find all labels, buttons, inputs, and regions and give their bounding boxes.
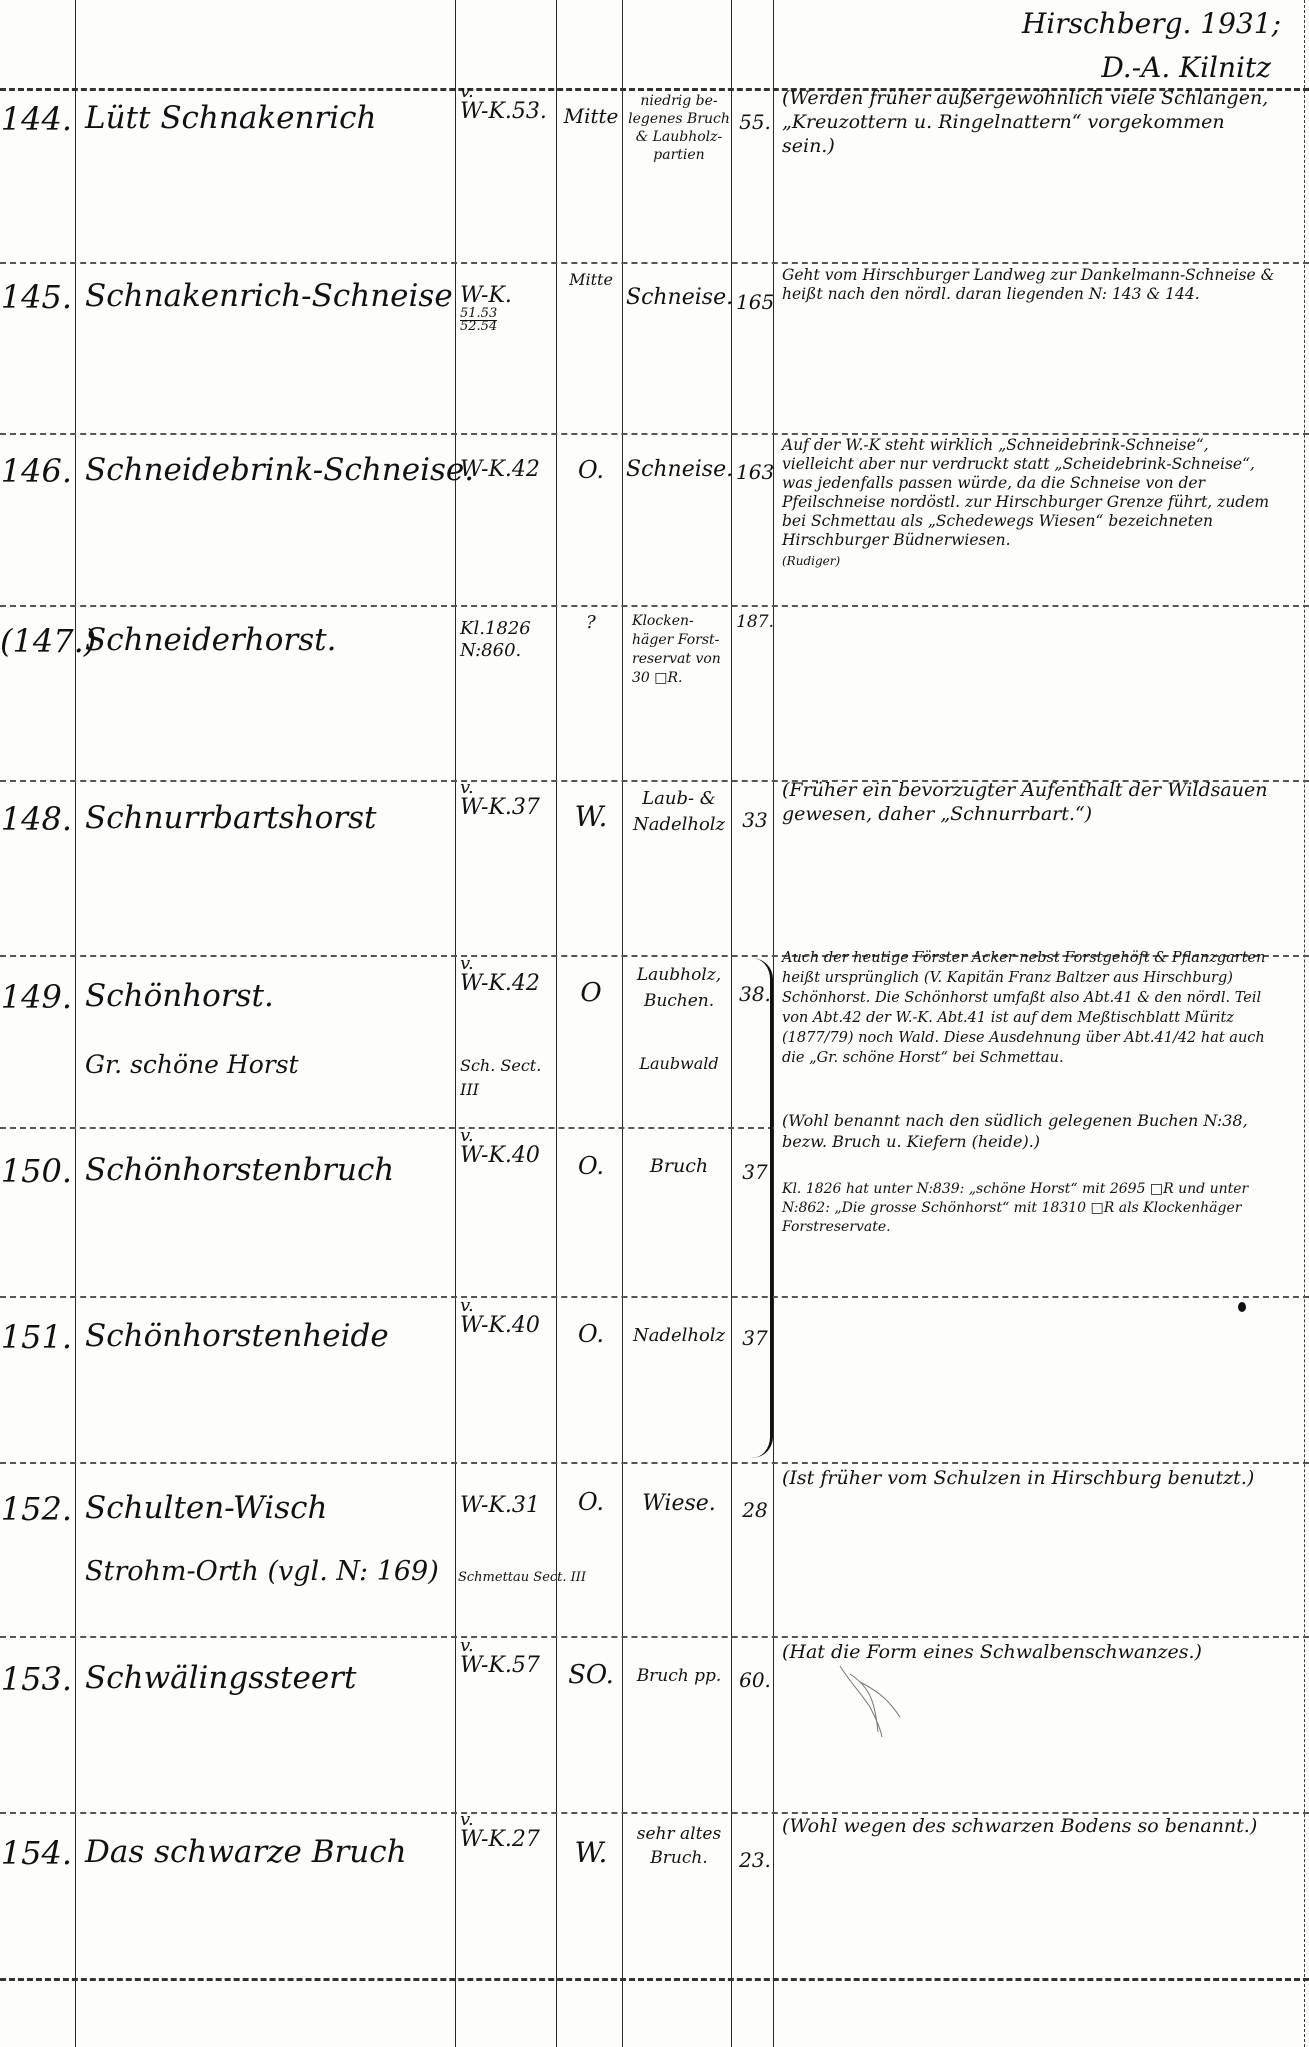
map-ref-prefix: v. xyxy=(460,956,555,972)
entry-map-ref: v. W-K.53. xyxy=(460,84,555,124)
entry-vegetation: Bruch pp. xyxy=(626,1666,732,1686)
entry-number: 153. xyxy=(0,1660,72,1698)
entry-vegetation: Schneise. xyxy=(626,460,732,480)
entry-page: 187. xyxy=(736,612,774,632)
entry-direction: ? xyxy=(560,612,622,633)
entry-name: Lütt Schnakenrich xyxy=(85,100,455,136)
column-rule-map xyxy=(556,0,557,2047)
row-rule xyxy=(0,1127,774,1129)
map-ref-value: W-K.40 xyxy=(460,1313,540,1338)
entry-name: Schönhorstenbruch xyxy=(85,1152,455,1188)
entry-name: Schneiderhorst. xyxy=(85,622,455,658)
column-rule-number xyxy=(75,0,76,2047)
map-ref-prefix: v. xyxy=(460,84,555,100)
map-ref-value: W-K. xyxy=(460,283,512,308)
entry-vegetation: Bruch xyxy=(626,1156,732,1176)
note-text: Auf der W.-K steht wirklich „Schneidebri… xyxy=(782,436,1269,549)
map-ref-prefix: v. xyxy=(460,1298,555,1314)
entry-number: 145. xyxy=(0,278,72,316)
note-tag: (Rudiger) xyxy=(782,552,1282,571)
row-rule xyxy=(0,1636,1309,1638)
entry-note: Geht vom Hirschburger Landweg zur Dankel… xyxy=(782,266,1282,304)
entry-direction: O. xyxy=(560,456,622,484)
map-ref-value: Kl.1826 N:860. xyxy=(460,618,531,661)
map-ref-prefix: v. xyxy=(460,780,555,796)
entry-number: 152. xyxy=(0,1490,72,1528)
entry-name: Schwälingssteert xyxy=(85,1660,455,1696)
entry-note: Auch der heutige Förster Acker nebst For… xyxy=(782,948,1282,1068)
ink-spot xyxy=(1238,1302,1246,1312)
entry-map-ref: Kl.1826 N:860. xyxy=(460,618,555,662)
entry-page: 163 xyxy=(736,460,774,484)
row-rule xyxy=(0,1462,1309,1464)
entry-vegetation: Klocken-häger Forst-reservat von 30 □R. xyxy=(626,612,730,688)
entry-number: (147.) xyxy=(0,622,72,660)
entry-direction: Mitte xyxy=(560,104,622,128)
map-ref-value: W-K.31 xyxy=(460,1493,540,1518)
map-ref-value: W-K.57 xyxy=(460,1653,540,1678)
entry-number: 146. xyxy=(0,452,72,490)
entry-vegetation: Schneise. xyxy=(626,288,732,308)
entry-direction: O. xyxy=(560,1152,622,1180)
entry-name: Schneidebrink-Schneise. xyxy=(85,452,455,488)
entry-number: 154. xyxy=(0,1834,72,1872)
row-rule xyxy=(0,1296,1309,1298)
entry-note: (Ist früher vom Schulzen in Hirschburg b… xyxy=(782,1466,1282,1490)
entry-vegetation: sehr altes Bruch. xyxy=(626,1822,732,1870)
entry-note: (Hat die Form eines Schwalbenschwanzes.) xyxy=(782,1640,1282,1664)
entry-vegetation: Laubholz, Buchen. xyxy=(626,962,732,1014)
header-author: D.-A. Kilnitz xyxy=(1022,46,1271,90)
pencil-mark xyxy=(830,1662,940,1742)
entry-map-ref: v. W-K.40 xyxy=(460,1128,555,1168)
map-ref-fraction: 51.53 52.54 xyxy=(460,308,497,333)
map-ref-prefix: v. xyxy=(460,1812,555,1828)
map-ref-value: W-K.53. xyxy=(460,99,547,124)
column-rule-direction xyxy=(622,0,623,2047)
ledger-page: Hirschberg. 1931; D.-A. Kilnitz 144. Lüt… xyxy=(0,0,1309,2047)
row-rule xyxy=(0,262,1309,264)
entry-map-ref: v. W-K.37 xyxy=(460,780,555,820)
map-ref-prefix: v. xyxy=(460,1128,555,1144)
entry-direction: W. xyxy=(560,800,622,833)
entry-name: Schönhorstenheide xyxy=(85,1318,455,1354)
entry-alt-name: Gr. schöne Horst xyxy=(85,1050,455,1079)
entry-direction: SO. xyxy=(560,1660,622,1690)
entry-name: Schnakenrich-Schneise xyxy=(85,278,455,314)
entry-direction: O. xyxy=(560,1320,622,1348)
entry-name: Schnurrbartshorst xyxy=(85,800,455,836)
entry-note-extra: Kl. 1826 hat unter N:839: „schöne Horst“… xyxy=(782,1180,1282,1237)
entry-note: (Werden früher außergewöhnlich viele Sch… xyxy=(782,86,1282,158)
row-rule xyxy=(0,1978,1309,1981)
map-ref-value: W-K.37 xyxy=(460,795,540,820)
entry-number: 149. xyxy=(0,978,72,1016)
entry-vegetation: Laub- & Nadelholz xyxy=(626,786,732,838)
entry-page: 23. xyxy=(736,1848,774,1872)
entry-note: Auf der W.-K steht wirklich „Schneidebri… xyxy=(782,436,1282,571)
entry-direction: O xyxy=(560,978,622,1008)
entry-map-ref: v. W-K.57 xyxy=(460,1638,555,1678)
entry-number: 144. xyxy=(0,100,72,138)
entry-map-ref: W-K.31 xyxy=(460,1494,555,1518)
entry-note: (Wohl wegen des schwarzen Bodens so bena… xyxy=(782,1814,1282,1838)
entry-page: 60. xyxy=(736,1668,774,1692)
entry-alt-map-ref: Schmettau Sect. III xyxy=(458,1566,623,1590)
entry-direction: W. xyxy=(560,1836,622,1869)
entry-alt-map-ref: Sch. Sect. III xyxy=(460,1054,555,1102)
entry-map-ref: v. W-K.40 xyxy=(460,1298,555,1338)
row-rule xyxy=(0,605,1309,607)
map-ref-value: W-K.42 xyxy=(460,457,540,482)
map-ref-value: W-K.27 xyxy=(460,1827,540,1852)
entry-map-ref: W-K. 51.53 52.54 xyxy=(460,284,555,333)
entry-direction: O. xyxy=(560,1488,622,1516)
entry-alt-name: Strohm-Orth (vgl. N: 169) xyxy=(85,1556,455,1587)
entry-name: Das schwarze Bruch xyxy=(85,1834,455,1870)
entry-page: 55. xyxy=(736,110,774,134)
entry-name: Schulten-Wisch xyxy=(85,1490,455,1526)
map-ref-value: W-K.42 xyxy=(460,971,540,996)
entry-page: 165 xyxy=(736,290,774,314)
entry-page: 33 xyxy=(736,808,774,832)
entry-note: (Wohl benannt nach den südlich gelegenen… xyxy=(782,1110,1282,1152)
grouping-bracket xyxy=(752,958,773,1458)
entry-number: 148. xyxy=(0,800,72,838)
entry-name: Schönhorst. xyxy=(85,978,455,1014)
entry-map-ref: W-K.42 xyxy=(460,458,555,482)
column-rule-name xyxy=(455,0,456,2047)
row-rule xyxy=(0,433,1309,435)
fraction-bottom: 52.54 xyxy=(460,321,497,333)
entry-vegetation: niedrig be-legenes Bruch & Laubholz-part… xyxy=(626,92,732,164)
entry-number: 150. xyxy=(0,1152,72,1190)
entry-number: 151. xyxy=(0,1318,72,1356)
header-signature: Hirschberg. 1931; D.-A. Kilnitz xyxy=(1022,2,1281,90)
entry-vegetation: Nadelholz xyxy=(626,1326,732,1346)
entry-alt-vegetation: Laubwald xyxy=(626,1054,732,1074)
entry-direction: Mitte xyxy=(560,270,622,289)
entry-vegetation: Wiese. xyxy=(626,1494,732,1514)
entry-page: 28 xyxy=(736,1498,774,1522)
map-ref-value: W-K.40 xyxy=(460,1143,540,1168)
map-ref-prefix: v. xyxy=(460,1638,555,1654)
entry-map-ref: v. W-K.27 xyxy=(460,1812,555,1852)
header-place-date: Hirschberg. 1931; xyxy=(1022,2,1281,46)
column-rule-edge xyxy=(1304,0,1305,2047)
entry-map-ref: v. W-K.42 xyxy=(460,956,555,996)
entry-note: (Früher ein bevorzugter Aufenthalt der W… xyxy=(782,778,1282,826)
